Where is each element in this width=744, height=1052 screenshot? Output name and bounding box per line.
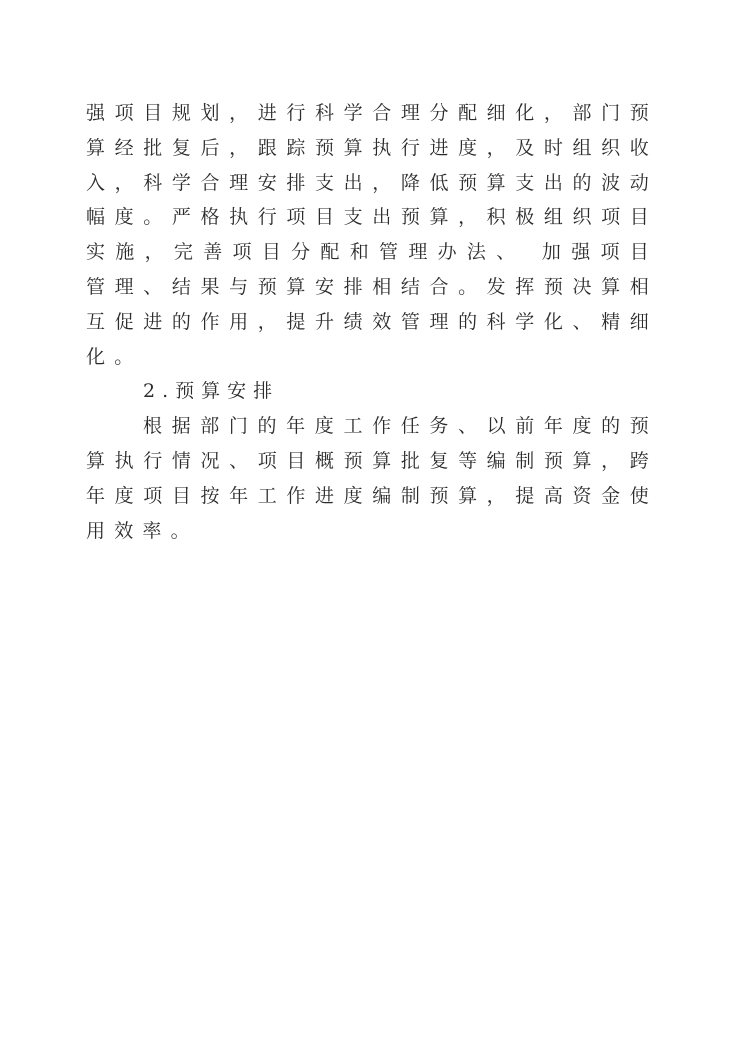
paragraph-budget-management: 强项目规划，进行科学合理分配细化，部门预算经批复后，跟踪预算执行进度，及时组织收… <box>86 96 658 374</box>
section-heading-budget-arrangement: 2.预算安排 <box>86 374 658 409</box>
paragraph-budget-arrangement: 根据部门的年度工作任务、以前年度的预算执行情况、项目概预算批复等编制预算，跨年度… <box>86 409 658 548</box>
document-page: 强项目规划，进行科学合理分配细化，部门预算经批复后，跟踪预算执行进度，及时组织收… <box>86 96 658 548</box>
